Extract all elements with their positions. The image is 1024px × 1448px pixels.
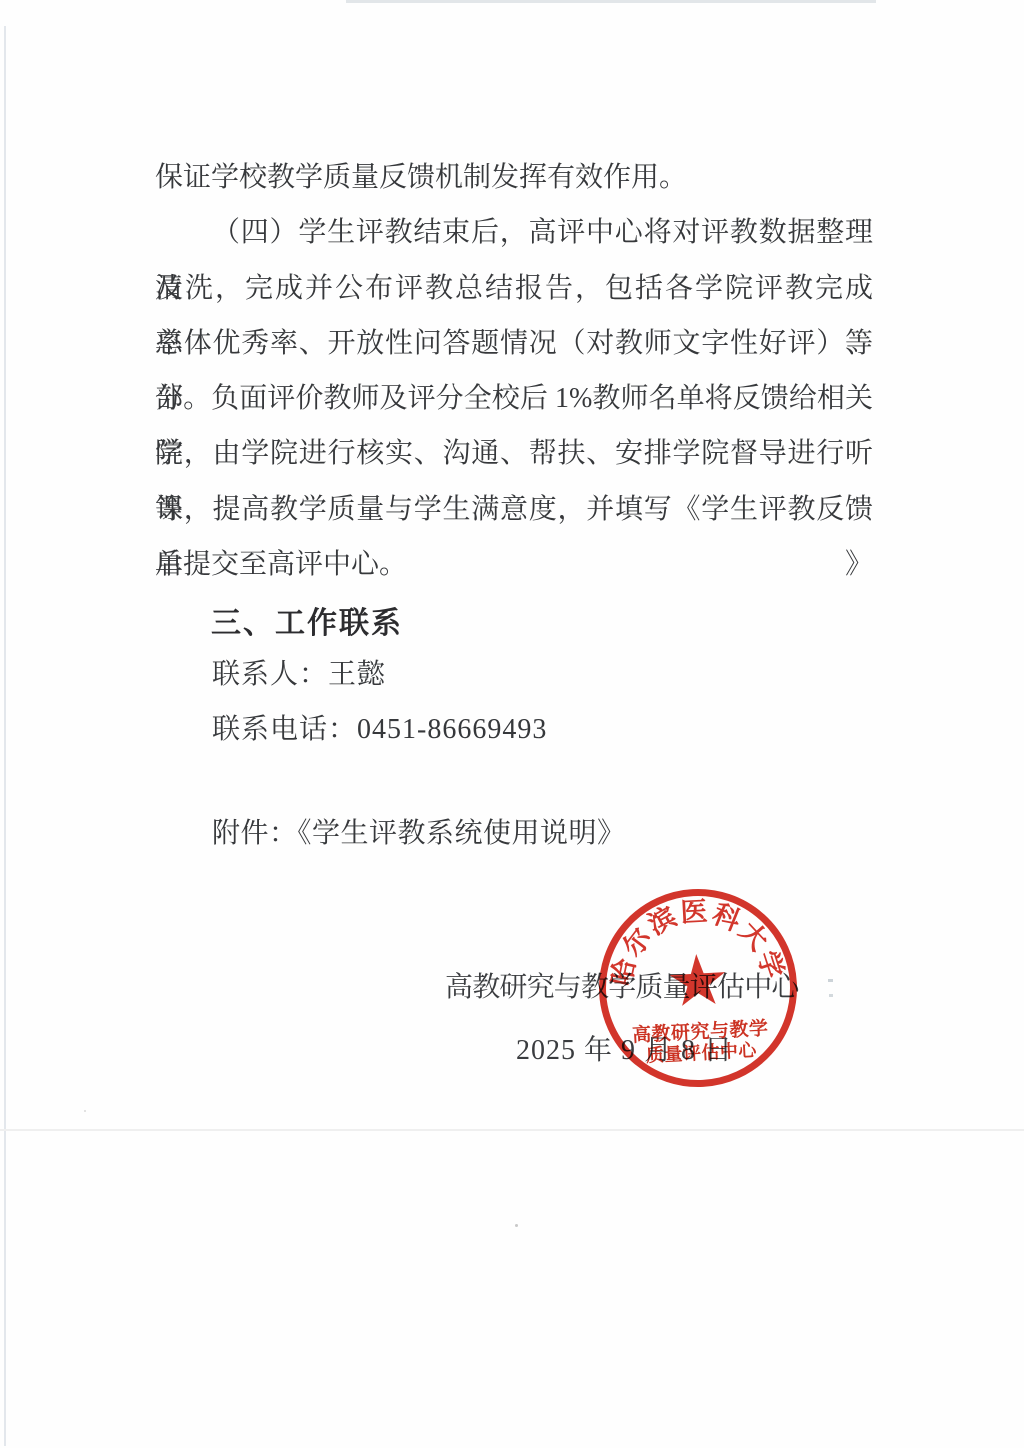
body-line: （四）学生评教结束后，高评中心将对评教数据整理及 — [155, 205, 873, 260]
contact-person-line: 联系人：王懿 — [212, 652, 386, 692]
seal-arc-char: 医 — [679, 897, 708, 926]
scan-artifact-dot — [84, 1110, 86, 1112]
attachment-line: 附件：《学生评教系统使用说明》 — [212, 811, 626, 851]
contact-phone-line: 联系电话：0451-86669493 — [212, 707, 547, 747]
body-line: 分。负面评价教师及评分全校后 1%教师名单将反馈给相关学 — [155, 371, 873, 426]
scan-artifact-mark — [828, 979, 833, 982]
seal-arc-char: 哈 — [607, 956, 640, 989]
scan-artifact-horizontal-line — [0, 1129, 1024, 1131]
body-paragraphs: 保证学校教学质量反馈机制发挥有效作用。 （四）学生评教结束后，高评中心将对评教数… — [155, 150, 873, 592]
body-line: 总体优秀率、开放性问答题情况（对教师文字性好评）等部 — [155, 316, 873, 371]
section-heading: 三、工作联系 — [211, 598, 403, 642]
official-seal: 哈 尔 滨 医 科 大 学 高教研究与教学 质量评估中心 — [594, 884, 802, 1092]
scan-artifact-dot — [515, 1224, 518, 1227]
star-icon — [667, 953, 728, 1012]
scan-artifact-mark — [829, 994, 833, 997]
document-page: 保证学校教学质量反馈机制发挥有效作用。 （四）学生评教结束后，高评中心将对评教数… — [0, 0, 1024, 1448]
body-line: 清洗，完成并公布评教总结报告，包括各学院评教完成率、 — [155, 261, 873, 316]
body-line: 等，提高教学质量与学生满意度，并填写《学生评教反馈单》 — [155, 482, 873, 537]
body-line: 院，由学院进行核实、沟通、帮扶、安排学院督导进行听课 — [155, 426, 873, 481]
seal-arc-char: 学 — [753, 947, 788, 982]
body-line: 保证学校教学质量反馈机制发挥有效作用。 — [155, 150, 873, 205]
scan-artifact-top-line — [346, 0, 876, 3]
scan-artifact-left-line — [4, 26, 6, 1446]
